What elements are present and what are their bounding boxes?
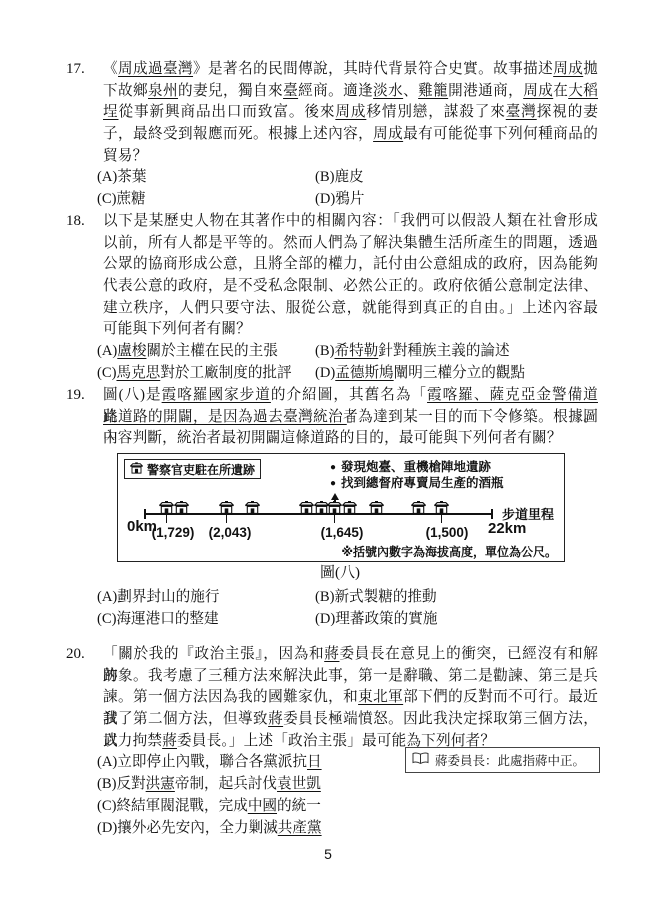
question-line: 圖(八)是霞喀羅國家步道的介紹圖，其舊名為「霞喀羅、薩克亞金警備道路」。 xyxy=(103,385,598,407)
finding-text: 發現炮臺、重機槍陣地遺跡 xyxy=(341,460,491,476)
question-17: 17. 《周成過臺灣》是著名的民間傳說，其時代背景符合史實。故事描述周成拋 下故… xyxy=(66,59,598,211)
exam-page: { "page": {"number": "5"}, "questions": … xyxy=(0,0,656,906)
axis-end-tick xyxy=(491,509,493,519)
option-c: (C)終結軍閥混戰，完成中國的統一 xyxy=(97,796,598,818)
question-line: 可能與下列何者有關？ xyxy=(103,319,598,341)
option-b: (B)鹿皮 xyxy=(315,169,364,185)
station-icon xyxy=(411,501,426,514)
option-row: (C)馬克思對於工廠制度的批評(D)孟德斯鳩闡明三權分立的觀點 xyxy=(97,363,598,385)
station-icon xyxy=(219,501,234,514)
question-line: 內容判斷，統治者最初開闢這條道路的目的，最可能與下列何者有關？ xyxy=(103,428,598,450)
option-a: (A)茶葉 xyxy=(97,167,315,189)
police-station-icon xyxy=(130,462,143,477)
option-c: (C)馬克思對於工廠制度的批評 xyxy=(97,363,315,385)
question-line: 下故鄉泉州的妻兒，獨自來臺經商。適逢淡水、雞籠開港通商，周成在大稻 xyxy=(103,81,598,103)
bullet-icon: ● xyxy=(330,460,336,476)
reference-note-box: 蔣委員長：此處指蔣中正。 xyxy=(405,747,600,773)
book-icon xyxy=(412,752,429,769)
option-row: (A)劃界封山的施行(B)新式製糖的推動 xyxy=(97,587,598,609)
elevation-note: ※括號內數字為海拔高度，單位為公尺。 xyxy=(341,543,557,560)
question-line: 此道路的開闢，是因為過去臺灣統治者為達到某一目的而下令修築。根據圖中 xyxy=(103,407,598,429)
elevation-label: (1,645) xyxy=(307,525,377,540)
option-d: (D)鴉片 xyxy=(315,191,364,207)
option-d: (D)理蕃政策的實施 xyxy=(315,611,437,627)
question-line: 試了第二個方法，但導致蔣委員長極端憤怒。因此我決定採取第三個方法，以 xyxy=(103,709,598,731)
leader-tick xyxy=(334,515,336,523)
question-line: 跡象。我考慮了三種方法來解決此事，第一是辭職、第二是勸諫、第三是兵 xyxy=(103,666,598,688)
question-line: 公眾的協商形成公意，且將全部的權力，託付由公意組成的政府，因為能夠 xyxy=(103,254,598,276)
station-icon xyxy=(369,501,384,514)
up-arrow-icon xyxy=(331,493,339,500)
option-row: (A)盧梭關於主權在民的主張(B)希特勒針對種族主義的論述 xyxy=(97,341,598,363)
page-number: 5 xyxy=(0,846,656,862)
leader-tick xyxy=(226,515,228,523)
option-b: (B)反對洪憲帝制，起兵討伐袁世凱 xyxy=(97,774,598,796)
finding-item: ● 找到總督府專賣局生產的酒瓶 xyxy=(330,476,504,492)
question-20: 20. 「關於我的『政治主張』，因為和蔣委員長在意見上的衝突，已經沒有和解的 跡… xyxy=(66,644,598,839)
note-text: 蔣委員長：此處指蔣中正。 xyxy=(435,751,585,769)
station-icon xyxy=(434,501,449,514)
station-icon xyxy=(245,501,260,514)
figure-caption: 圖(八) xyxy=(117,562,563,584)
station-icon xyxy=(159,501,174,514)
question-line: 建立秩序，人們只要守法、服從公意，就能得到真正的自由。」上述內容最 xyxy=(103,298,598,320)
finding-item: ● 發現炮臺、重機槍陣地遺跡 xyxy=(330,460,504,476)
elevation-label: (1,500) xyxy=(412,525,482,540)
question-line: 以下是某歷史人物在其著作中的相關內容：「我們可以假設人類在社會形成 xyxy=(103,211,598,233)
option-row: (C)蔗糖(D)鴉片 xyxy=(97,189,598,211)
legend-label: 警察官吏駐在所遺跡 xyxy=(147,461,255,478)
elevation-label: (2,043) xyxy=(195,525,265,540)
station-icon xyxy=(299,501,314,514)
option-b: (B)新式製糖的推動 xyxy=(315,589,437,605)
question-line: 代表公意的政府，是不受私念限制、必然公正的。政府依循公意制定法律、 xyxy=(103,276,598,298)
question-line: 以前，所有人都是平等的。然而人們為了解決集體生活所產生的問題，透過 xyxy=(103,233,598,255)
question-18: 18. 以下是某歷史人物在其著作中的相關內容：「我們可以假設人類在社會形成 以前… xyxy=(66,211,598,385)
question-number: 18. xyxy=(66,211,103,233)
axis-title: 步道里程 xyxy=(502,504,554,523)
legend-box: 警察官吏駐在所遺跡 xyxy=(124,459,261,479)
leader-tick xyxy=(441,515,443,523)
question-number: 17. xyxy=(66,59,103,81)
option-d: (D)攘外必先安內，全力剿滅共產黨 xyxy=(97,818,598,840)
question-line: 《周成過臺灣》是著名的民間傳說，其時代背景符合史實。故事描述周成拋 xyxy=(103,59,598,81)
question-line: 埕從事新興商品出口而致富。後來周成移情別戀，謀殺了來臺灣探視的妻 xyxy=(103,102,598,124)
option-a: (A)劃界封山的施行 xyxy=(97,587,315,609)
option-row: (C)海運港口的整建(D)理蕃政策的實施 xyxy=(97,609,598,631)
question-19: 19. 圖(八)是霞喀羅國家步道的介紹圖，其舊名為「霞喀羅、薩克亞金警備道路」。… xyxy=(66,385,598,450)
findings-list: ● 發現炮臺、重機槍陣地遺跡 ● 找到總督府專賣局生產的酒瓶 xyxy=(330,460,504,491)
leader-tick xyxy=(166,515,168,523)
option-d: (D)孟德斯鳩闡明三權分立的觀點 xyxy=(315,365,525,381)
bullet-icon: ● xyxy=(330,476,336,492)
option-row: (A)茶葉(B)鹿皮 xyxy=(97,167,598,189)
option-c: (C)蔗糖 xyxy=(97,189,315,211)
option-c: (C)海運港口的整建 xyxy=(97,609,315,631)
station-icon xyxy=(174,501,189,514)
station-icon xyxy=(342,501,357,514)
question-line: 「關於我的『政治主張』，因為和蔣委員長在意見上的衝突，已經沒有和解的 xyxy=(103,644,598,666)
question-19-options: (A)劃界封山的施行(B)新式製糖的推動 (C)海運港口的整建(D)理蕃政策的實… xyxy=(66,587,598,630)
question-line: 諫。第一個方法因為我的國難家仇，和東北軍部下們的反對而不可行。最近我 xyxy=(103,687,598,709)
question-number: 20. xyxy=(66,644,103,666)
option-a: (A)盧梭關於主權在民的主張 xyxy=(97,341,315,363)
station-icon xyxy=(327,501,342,514)
option-b: (B)希特勒針對種族主義的論述 xyxy=(315,343,510,359)
question-line: 貿易？ xyxy=(103,146,598,168)
finding-text: 找到總督府專賣局生產的酒瓶 xyxy=(341,476,504,492)
question-number: 19. xyxy=(66,385,103,407)
question-line: 子，最終受到報應而死。根據上述內容，周成最有可能從事下列何種商品的 xyxy=(103,124,598,146)
trail-figure: 警察官吏駐在所遺跡 ● 發現炮臺、重機槍陣地遺跡 ● 找到總督府專賣局生產的酒瓶… xyxy=(117,453,565,562)
